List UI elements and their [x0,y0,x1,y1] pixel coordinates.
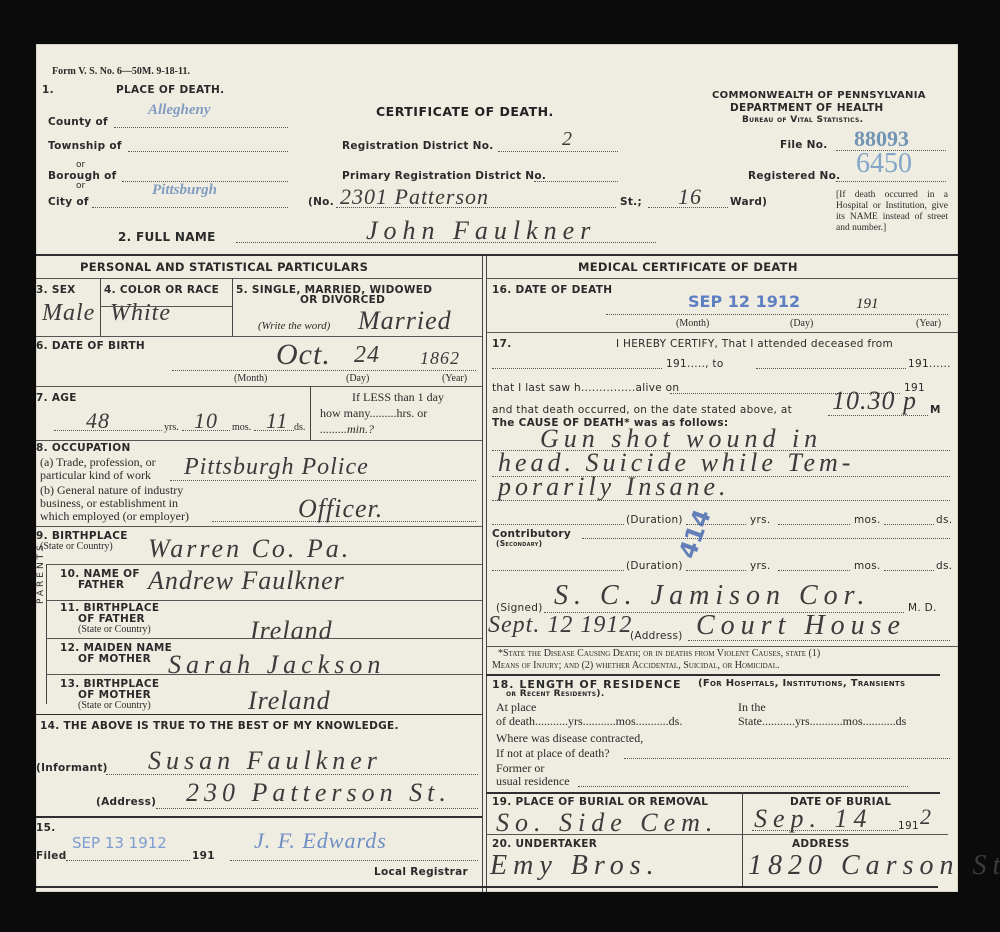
address-label: (Address) [630,630,683,642]
duration-yrs: yrs. [750,514,771,526]
informant-value: Susan Faulkner [148,746,382,776]
certify-from: 191....., to [666,358,724,370]
undertaker-value: Emy Bros. [490,850,660,882]
father-birthplace-value: Ireland [250,616,333,646]
death-time-text: and that death occurred, on the date sta… [492,404,792,416]
duration-ds-2: ds. [936,560,952,572]
registration-district-value: 2 [562,128,573,151]
dob-label: 6. DATE OF BIRTH [36,340,145,352]
less-than-day-1: If LESS than 1 day [352,390,444,405]
occupation-value-a: Pittsburgh Police [184,454,369,481]
dob-day: 24 [354,342,380,369]
hospital-note: [If death occurred in a Hospital or Inst… [836,190,948,234]
certify-number: 17. [492,338,512,350]
contracted-label: Where was disease contracted, [496,731,643,746]
burial-year-print: 191 [898,820,919,832]
contracted-label-2: If not at place of death? [496,746,610,761]
death-year-caption: (Year) [916,318,941,329]
primary-registration-label: Primary Registration District No. [342,170,546,182]
marital-hint: (Write the word) [258,320,330,332]
certify-text: I HEREBY CERTIFY, That I attended deceas… [616,338,893,350]
informant-address-value: 230 Patterson St. [186,778,451,808]
md-label: M. D. [908,602,937,614]
yrs-label: yrs. [164,422,179,433]
burial-date-value: Sep. 14 [754,804,873,834]
age-label: 7. AGE [36,392,77,404]
in-state-line: State...........yrs...........mos.......… [738,714,906,729]
certificate-title: CERTIFICATE OF DEATH. [376,104,554,119]
signed-value: S. C. Jamison Cor. [554,580,870,612]
at-place-line: of death...........yrs...........mos....… [496,714,682,729]
less-than-day-2: how many.........hrs. or [320,406,427,421]
registered-number-label: Registered No. [748,170,840,182]
dob-month: Oct. [276,338,331,372]
informant-header: 14. THE ABOVE IS TRUE TO THE BEST OF MY … [40,720,399,732]
father-name-value: Andrew Faulkner [148,566,345,596]
duration-yrs-2: yrs. [750,560,771,572]
filed-year-suffix: 191 [192,850,215,862]
duration-ds: ds. [936,514,952,526]
less-than-day-3: .........min.? [320,422,374,437]
mother-name-label-2: OF MOTHER [78,653,151,665]
cause-line-3: porarily Insane. [498,472,730,502]
filed-label: Filed [36,850,67,862]
race-value: White [110,300,171,327]
death-certificate: Form V. S. No. 6—50M. 9-18-11. 1. PLACE … [36,44,958,892]
city-value: Pittsburgh [152,182,217,199]
day-caption: (Day) [346,373,369,384]
duration-mos: mos. [854,514,881,526]
birthplace-value: Warren Co. Pa. [148,534,351,564]
month-caption: (Month) [234,373,267,384]
undertaker-address-value: 1820 Carson St. [748,850,1000,882]
death-day-caption: (Day) [790,318,813,329]
residence-note-1: (For Hospitals, Institutions, Transients [698,678,905,689]
form-number: Form V. S. No. 6—50M. 9-18-11. [52,66,190,77]
duration-label: (Duration) [626,514,683,526]
file-number-label: File No. [780,139,828,151]
informant-address-label: (Address) [96,796,156,808]
date-of-death-label: 16. DATE OF DEATH [492,284,612,296]
full-name-value: John Faulkner [366,216,596,246]
mother-birthplace-sub: (State or Country) [78,700,151,711]
death-time-value: 10.30 p [832,386,917,416]
filed-stamp: SEP 13 1912 [72,834,167,852]
year-caption: (Year) [442,373,467,384]
mother-name-value: Sarah Jackson [168,650,385,680]
ward-value: 16 [678,184,702,210]
issuer-commonwealth: COMMONWEALTH OF PENNSYLVANIA [712,90,926,101]
registrar-label: Local Registrar [374,866,468,878]
street-number-label: (No. [308,196,334,208]
place-of-death-number: 1. [42,84,54,96]
sex-value: Male [42,300,95,327]
footnote-line-2: Means of Injury; and (2) whether Acciden… [492,660,780,671]
dob-year: 1862 [420,348,460,369]
full-name-label: 2. FULL NAME [118,230,216,244]
burial-place-label: 19. PLACE OF BURIAL OR REMOVAL [492,796,708,808]
last-saw-text: that I last saw h...............alive on [492,382,679,394]
sex-label: 3. SEX [36,284,76,296]
or-label: or [76,160,85,170]
personal-header: PERSONAL AND STATISTICAL PARTICULARS [80,260,368,274]
burial-year-hand: 2 [920,804,932,830]
or-label: or [76,181,85,191]
race-label: 4. COLOR OR RACE [104,284,219,296]
birthplace-sub: (State or Country) [40,541,113,552]
filed-section: 15. [36,822,56,834]
occupation-value-b: Officer. [298,494,383,524]
duration-mos-2: mos. [854,560,881,572]
secondary-label: (Secondary) [496,539,542,548]
father-name-label-2: FATHER [78,579,124,591]
occupation-label: 8. OCCUPATION [36,442,131,454]
registration-district-label: Registration District No. [342,140,494,152]
age-days: 11 [266,408,288,434]
street-label: St.; [620,196,642,208]
township-label: Township of [48,140,122,152]
address-value: Court House [696,610,906,642]
ward-label: Ward) [730,196,767,208]
death-month-caption: (Month) [676,318,709,329]
mother-birthplace-value: Ireland [248,686,331,716]
death-time-m: M [930,404,941,416]
at-place-label: At place [496,700,536,715]
in-state-label: In the [738,700,766,715]
informant-label: (Informant) [36,762,108,774]
county-label: County of [48,116,108,128]
duration-label-2: (Duration) [626,560,683,572]
residence-note-2: or Recent Residents). [506,689,605,699]
parents-side-label: PARENTS [30,542,48,604]
age-years: 48 [86,408,110,434]
registered-number-value: 6450 [856,148,912,180]
city-label: City of [48,196,89,208]
age-months: 10 [194,408,218,434]
street-value: 2301 Patterson [340,184,489,210]
occupation-b3: which employed (or employer) [40,509,189,524]
undertaker-address-label: ADDRESS [792,838,850,850]
registrar-signature: J. F. Edwards [254,828,387,854]
place-of-death-heading: PLACE OF DEATH. [116,84,224,96]
certify-to: 191...... [908,358,951,370]
date-of-death-year-print: 191 [856,296,879,313]
father-birthplace-sub: (State or Country) [78,624,151,635]
issuer-bureau: Bureau of Vital Statistics. [742,115,863,125]
marital-value: Married [358,306,452,336]
marital-label-2: OR DIVORCED [300,294,385,306]
former-residence-label-2: usual residence [496,774,570,789]
issuer-department: DEPARTMENT OF HEALTH [730,102,884,114]
mos-label: mos. [232,422,251,433]
county-value: Allegheny [148,102,211,119]
signed-date: Sept. 12 1912 [488,612,632,639]
date-of-death-stamp: SEP 12 1912 [688,292,800,311]
occupation-a2: particular kind of work [40,468,151,483]
undertaker-label: 20. UNDERTAKER [492,838,597,850]
footnote-line-1: *State the Disease Causing Death; or in … [498,648,820,659]
ds-label: ds. [294,422,305,433]
medical-header: MEDICAL CERTIFICATE OF DEATH [578,260,798,274]
